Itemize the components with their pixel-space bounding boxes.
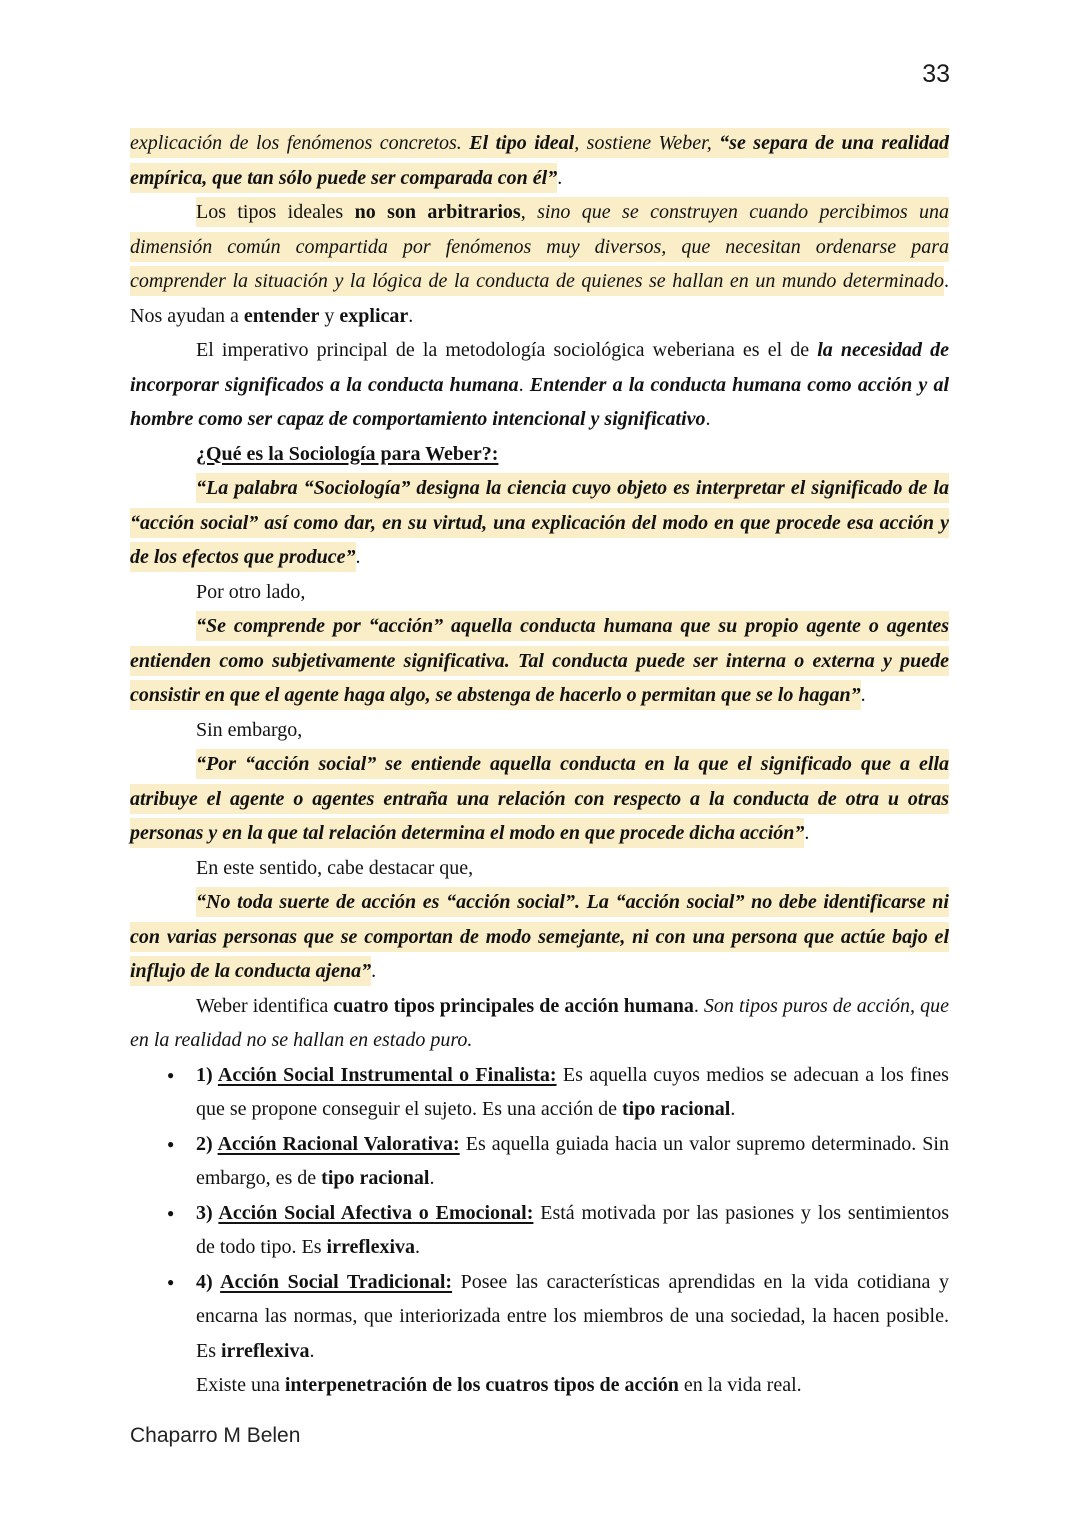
paragraph: Existe una interpenetración de los cuatr…: [196, 1368, 949, 1403]
text-run: interpenetración de los cuatros tipos de…: [285, 1374, 679, 1396]
text-run: “Por “acción social” se entiende aquella…: [130, 749, 949, 848]
text-run: Acción Social Afectiva o Emocional:: [218, 1202, 533, 1224]
paragraph: “Por “acción social” se entiende aquella…: [130, 747, 949, 851]
paragraph: En este sentido, cabe destacar que,: [130, 851, 949, 886]
paragraph: Sin embargo,: [130, 713, 949, 748]
text-run: y: [319, 305, 339, 327]
text-run: irreflexiva: [221, 1340, 309, 1362]
text-run: Acción Social Instrumental o Finalista:: [218, 1064, 557, 1086]
bullet-item: 3) Acción Social Afectiva o Emocional: E…: [130, 1196, 949, 1265]
text-run: 1): [196, 1064, 218, 1086]
text-run: .: [519, 374, 530, 396]
paragraph: Por otro lado,: [130, 575, 949, 610]
text-run: ,: [521, 197, 537, 227]
text-run: .: [861, 684, 866, 706]
paragraph: “No toda suerte de acción es “acción soc…: [130, 885, 949, 989]
paragraph: Weber identifica cuatro tipos principale…: [130, 989, 949, 1058]
bullet-item: 1) Acción Social Instrumental o Finalist…: [130, 1058, 949, 1127]
text-run: explicar: [339, 305, 408, 327]
text-run: .: [706, 408, 711, 430]
footer-author: Chaparro M Belen: [130, 1424, 300, 1448]
text-run: .: [415, 1236, 420, 1258]
text-run: entender: [244, 305, 320, 327]
text-run: no son arbitrarios: [355, 197, 521, 227]
text-run: El tipo ideal: [469, 128, 574, 158]
bullet-item: 2) Acción Racional Valorativa: Es aquell…: [130, 1127, 949, 1196]
text-run: 3): [196, 1202, 218, 1224]
paragraph: explicación de los fenómenos concretos. …: [130, 126, 949, 195]
text-run: Weber identifica: [196, 995, 333, 1017]
text-run: .: [408, 305, 413, 327]
text-run: “No toda suerte de acción es “acción soc…: [130, 887, 949, 986]
text-run: El imperativo principal de la metodologí…: [196, 339, 817, 361]
text-run: .: [694, 995, 704, 1017]
text-run: cuatro tipos principales de acción human…: [333, 995, 694, 1017]
text-run: , sostiene Weber,: [574, 128, 719, 158]
text-run: Sin embargo,: [196, 719, 302, 741]
text-run: .: [356, 546, 361, 568]
text-run: Existe una: [196, 1374, 285, 1396]
text-run: Acción Racional Valorativa:: [218, 1133, 460, 1155]
text-run: explicación de los fenómenos concretos.: [130, 128, 469, 158]
text-run: .: [730, 1098, 735, 1120]
text-run: .: [371, 960, 376, 982]
text-run: 2): [196, 1133, 218, 1155]
text-run: “Se comprende por “acción” aquella condu…: [130, 611, 949, 710]
paragraph: “Se comprende por “acción” aquella condu…: [130, 609, 949, 713]
text-run: 4): [196, 1271, 220, 1293]
bullet-item: 4) Acción Social Tradicional: Posee las …: [130, 1265, 949, 1369]
text-run: .: [309, 1340, 314, 1362]
text-run: Acción Social Tradicional:: [220, 1271, 452, 1293]
text-run: .: [804, 822, 809, 844]
text-run: En este sentido, cabe destacar que,: [196, 857, 473, 879]
text-run: Los tipos ideales: [196, 197, 355, 227]
text-run: .: [430, 1167, 435, 1189]
paragraph: Los tipos ideales no son arbitrarios, si…: [130, 195, 949, 333]
text-run: tipo racional: [321, 1167, 429, 1189]
text-run: .: [557, 167, 562, 189]
text-run: ¿Qué es la Sociología para Weber?:: [196, 443, 498, 465]
document-page: 33 explicación de los fenómenos concreto…: [0, 0, 1080, 1525]
text-run: tipo racional: [622, 1098, 730, 1120]
document-body: explicación de los fenómenos concretos. …: [130, 126, 949, 1403]
text-run: irreflexiva: [327, 1236, 415, 1258]
paragraph: “La palabra “Sociología” designa la cien…: [130, 471, 949, 575]
paragraph: ¿Qué es la Sociología para Weber?:: [130, 437, 949, 472]
text-run: Por otro lado,: [196, 581, 305, 603]
text-run: “La palabra “Sociología” designa la cien…: [130, 473, 949, 572]
text-run: en la vida real.: [679, 1374, 802, 1396]
paragraph: El imperativo principal de la metodologí…: [130, 333, 949, 437]
page-number: 33: [922, 60, 950, 89]
